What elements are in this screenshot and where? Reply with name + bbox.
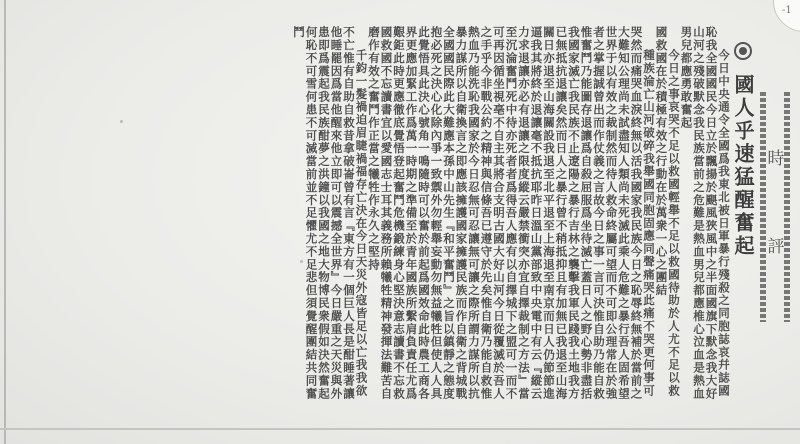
paragraph-4: 全國國民際此大難應本孫中山先生『和平奮鬥』之旨以鎮靜之態度抱必死之決心化除內爭一… — [368, 26, 456, 406]
paragraph-1: 今日中央通令全國爲我東北被日軍暴行殘殺之同胞誌哀幷誌國恥我全國國民今日立於飄揚於… — [680, 26, 730, 406]
paragraph-2: 今日之事哀哭不足以救國輕舉不足以救國待助於人尤不足以救國救國在於積極有效之行動在… — [655, 26, 680, 406]
triangle-border-right-icon — [784, 92, 790, 322]
bottom-margin-rule — [0, 428, 800, 430]
triangle-border-left-icon — [760, 92, 766, 322]
paragraph-5: 千鈞一髮禍迫眉睫禍福存亡決在今日天災外寇皆足以亡我我欲不亡惟有自助自救昔拿破崙曾… — [293, 26, 368, 406]
left-margin-rule — [4, 0, 6, 444]
article-title: 國人乎速猛醒奮起 — [731, 74, 755, 258]
print-speck — [520, 90, 523, 93]
print-speck — [120, 120, 123, 123]
print-speck — [650, 300, 653, 303]
article-body: 今日中央通令全國爲我東北被日軍暴行殘殺之同胞誌哀幷誌國恥我全國國民今日立於飄揚於… — [8, 26, 730, 406]
paragraph-3: 種族淪亡山河破碎我舉國同胞固應同聲痛哭此痛不哭更何事可哭然而痛哭血淚終無以活我國… — [455, 26, 655, 406]
section-label-bottom: 評 — [767, 232, 785, 257]
section-label-top: 時 — [767, 144, 785, 169]
print-speck — [300, 260, 303, 263]
section-header-commentary: 時 評 — [760, 92, 790, 322]
newspaper-page: -1 時 評 國人乎速猛醒奮起 今日中央通令全國爲我東北被日軍暴行殘殺之同胞誌哀… — [0, 0, 800, 444]
page-number-circle: -1 — [773, 0, 800, 32]
page-number: -1 — [782, 5, 792, 16]
bullseye-bullet-icon — [734, 42, 752, 60]
article-title-block: 國人乎速猛醒奮起 — [734, 42, 758, 258]
